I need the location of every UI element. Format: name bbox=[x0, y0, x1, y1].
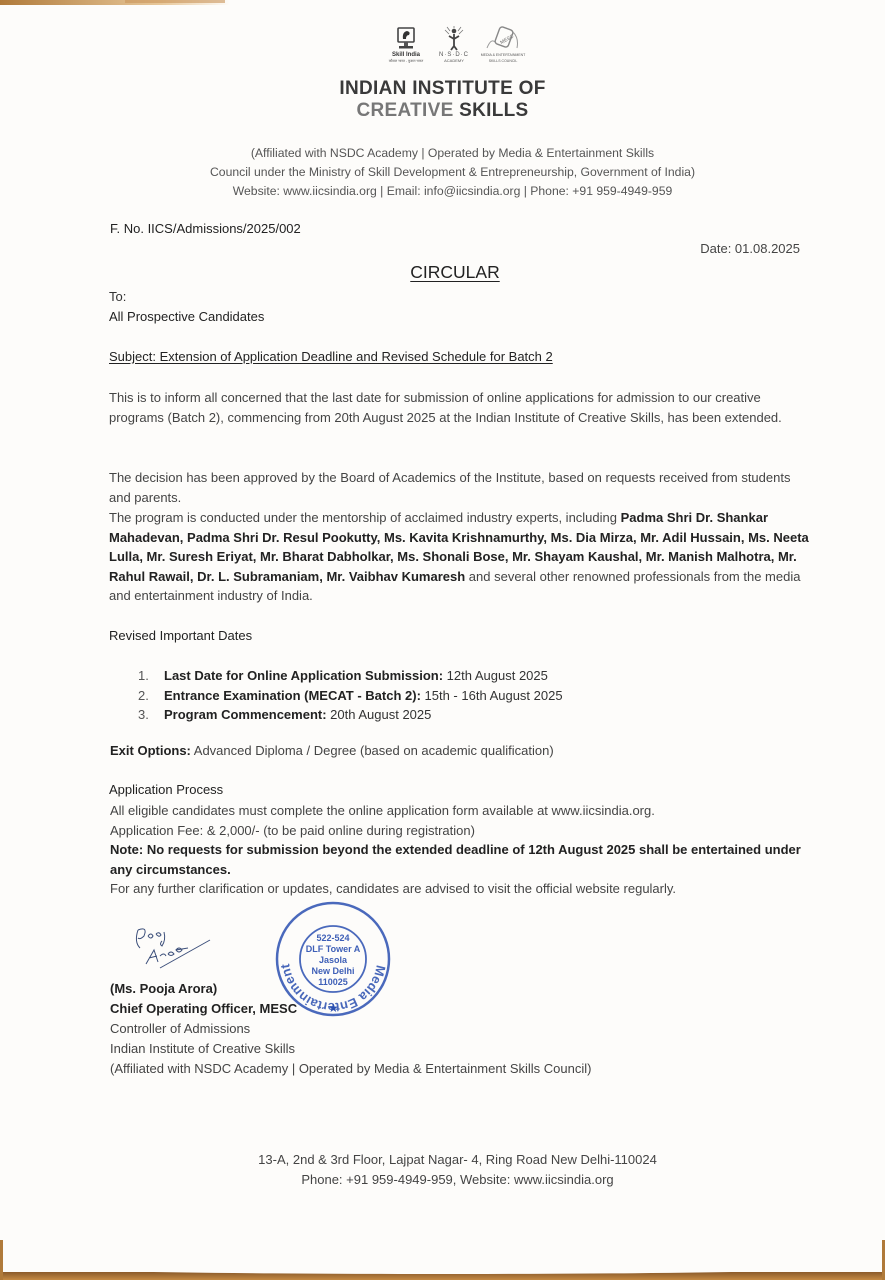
clarification-line: For any further clarification or updates… bbox=[110, 879, 810, 899]
application-process: All eligible candidates must complete th… bbox=[110, 801, 810, 899]
to-label: To: bbox=[109, 289, 126, 304]
paper-edge-left bbox=[0, 1240, 3, 1280]
recipient: All Prospective Candidates bbox=[109, 309, 264, 324]
affiliation-line: Council under the Ministry of Skill Deve… bbox=[0, 163, 885, 182]
skill-india-logo: Skill India कौशल भारत - कुशल भारत bbox=[385, 26, 427, 64]
affiliation-block: (Affiliated with NSDC Academy | Operated… bbox=[0, 144, 885, 201]
stamp-line: 110025 bbox=[318, 977, 348, 987]
stamp-line: New Delhi bbox=[311, 966, 354, 976]
signatory-name: (Ms. Pooja Arora) bbox=[110, 981, 217, 996]
deadline-note: Note: No requests for submission beyond … bbox=[110, 840, 810, 879]
institute-name-line1: INDIAN INSTITUTE OF bbox=[0, 78, 885, 100]
institute-name-line2: CREATIVE SKILLS bbox=[0, 100, 885, 122]
paragraph-mentors: The program is conducted under the mento… bbox=[109, 508, 809, 606]
footer-contact: Phone: +91 959-4949-959, Website: www.ii… bbox=[0, 1170, 885, 1190]
mesc-logo: MESC MEDIA & ENTERTAINMENT SKILLS COUNCI… bbox=[481, 26, 525, 64]
header-logos: Skill India कौशल भारत - कुशल भारत N·S·D·… bbox=[385, 26, 525, 74]
signatory-affiliation: (Affiliated with NSDC Academy | Operated… bbox=[110, 1061, 591, 1076]
stamp-line: Jasola bbox=[319, 955, 348, 965]
signatory-institute: Indian Institute of Creative Skills bbox=[110, 1041, 295, 1056]
svg-text:MESC: MESC bbox=[499, 33, 515, 46]
star-icon: ★ bbox=[328, 1001, 339, 1015]
date-item: 3.Program Commencement: 20th August 2025 bbox=[138, 705, 563, 725]
file-number: F. No. IICS/Admissions/2025/002 bbox=[110, 221, 301, 236]
mentors-intro: The program is conducted under the mento… bbox=[109, 510, 621, 525]
document-title: CIRCULAR bbox=[0, 262, 885, 283]
dates-heading: Revised Important Dates bbox=[109, 628, 252, 643]
date-item: 1.Last Date for Online Application Submi… bbox=[138, 666, 563, 686]
exit-options: Exit Options: Advanced Diploma / Degree … bbox=[110, 743, 554, 758]
paper-edge-top-shadow bbox=[125, 0, 225, 3]
contact-line: Website: www.iicsindia.org | Email: info… bbox=[0, 182, 885, 201]
institute-name-skills: SKILLS bbox=[459, 100, 528, 121]
institute-name-creative: CREATIVE bbox=[356, 100, 453, 121]
stamp-line: DLF Tower A bbox=[306, 944, 361, 954]
stamp-line: 522-524 bbox=[316, 933, 349, 943]
footer-address: 13-A, 2nd & 3rd Floor, Lajpat Nagar- 4, … bbox=[0, 1150, 885, 1170]
paragraph-approval: The decision has been approved by the Bo… bbox=[109, 468, 809, 507]
footer-address-block: 13-A, 2nd & 3rd Floor, Lajpat Nagar- 4, … bbox=[0, 1150, 885, 1190]
subject-line: Subject: Extension of Application Deadli… bbox=[109, 349, 553, 364]
paragraph-extension-notice: This is to inform all concerned that the… bbox=[109, 388, 809, 427]
application-fee-line: Application Fee: & 2,000/- (to be paid o… bbox=[110, 821, 810, 841]
mesc-emblem-icon: MESC bbox=[483, 26, 523, 52]
signatory-role: Controller of Admissions bbox=[110, 1021, 250, 1036]
skill-india-icon bbox=[393, 26, 419, 52]
nsdc-figure-icon bbox=[441, 26, 467, 52]
affiliation-line: (Affiliated with NSDC Academy | Operated… bbox=[0, 144, 885, 163]
circular-date: Date: 01.08.2025 bbox=[700, 241, 800, 256]
signature-scribble bbox=[128, 920, 218, 980]
application-form-line: All eligible candidates must complete th… bbox=[110, 801, 810, 821]
exit-options-value: Advanced Diploma / Degree (based on acad… bbox=[191, 743, 554, 758]
nsdc-academy-logo: N·S·D·C ACADEMY bbox=[433, 26, 475, 64]
signatory-title: Chief Operating Officer, MESC bbox=[110, 1001, 297, 1016]
date-item: 2.Entrance Examination (MECAT - Batch 2)… bbox=[138, 686, 563, 706]
exit-options-label: Exit Options: bbox=[110, 743, 191, 758]
application-heading: Application Process bbox=[109, 782, 223, 797]
important-dates-list: 1.Last Date for Online Application Submi… bbox=[138, 666, 563, 725]
